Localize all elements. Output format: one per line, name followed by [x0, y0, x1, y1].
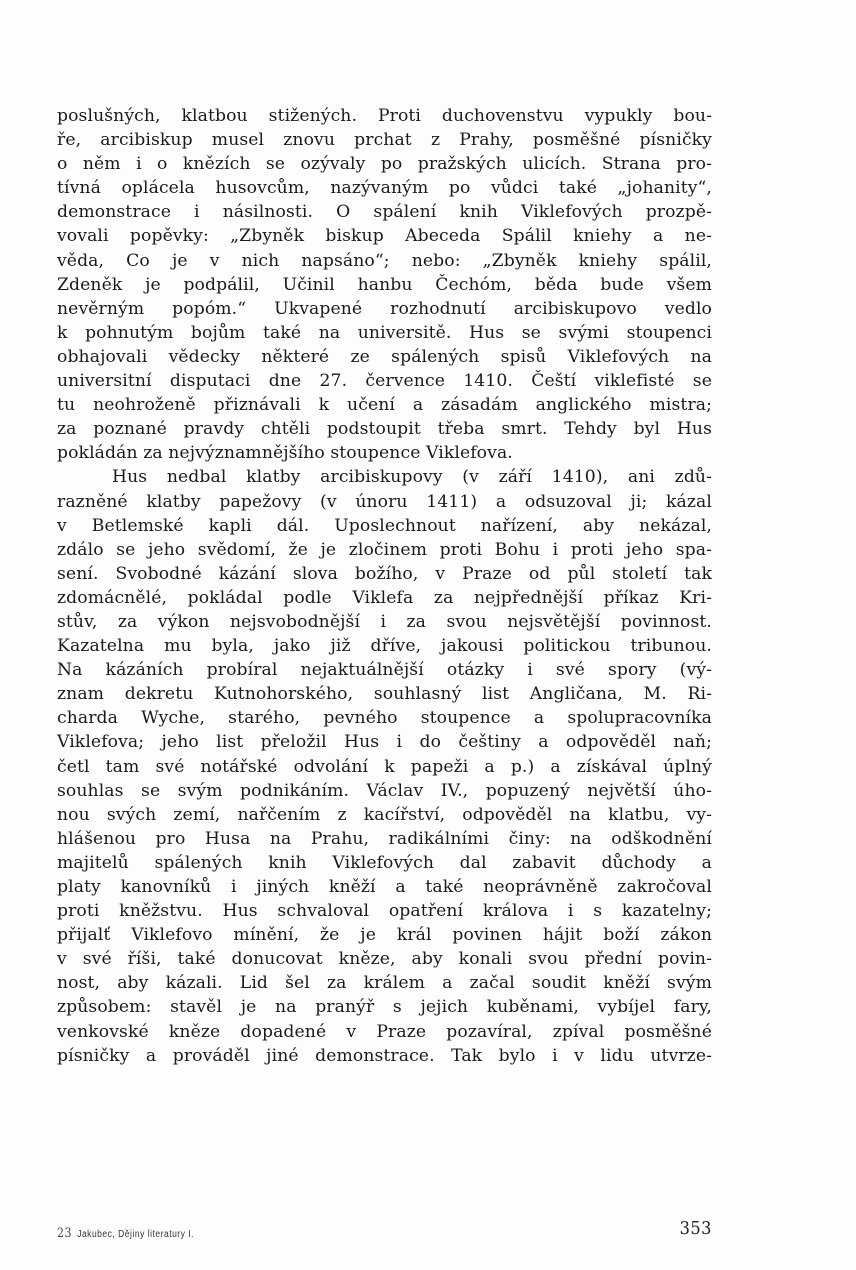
text-line: razněné klatby papežovy (v únoru 1411) a…: [57, 490, 712, 514]
text-line: tu neohroženě přiznávali k učení a zásad…: [57, 393, 712, 417]
text-line: zdomácnělé, pokládal podle Viklefa za ne…: [57, 586, 712, 610]
text-line: nou svých zemí, nařčením z kacířství, od…: [57, 803, 712, 827]
text-line: v své říši, také donucovat kněze, aby ko…: [57, 947, 712, 971]
text-line: demonstrace i násilnosti. O spálení knih…: [57, 200, 712, 224]
text-line: četl tam své notářské odvolání k papeži …: [57, 755, 712, 779]
text-line: souhlas se svým podnikáním. Václav IV., …: [57, 779, 712, 803]
text-line: zdálo se jeho svědomí, že je zločinem pr…: [57, 538, 712, 562]
text-line: poslušných, klatbou stižených. Proti duc…: [57, 104, 712, 128]
text-line: Viklefova; jeho list přeložil Hus i do č…: [57, 730, 712, 754]
text-line: pokládán za nejvýznamnějšího stoupence V…: [57, 441, 712, 465]
text-line: nevěrným popóm.“ Ukvapené rozhodnutí arc…: [57, 297, 712, 321]
page-footer: 23Jakubec, Dějiny literatury I. 353: [57, 1222, 712, 1244]
text-line: hlášenou pro Husa na Prahu, radikálními …: [57, 827, 712, 851]
text-line: ře, arcibiskup musel znovu prchat z Prah…: [57, 128, 712, 152]
text-line: stův, za výkon nejsvobodnější i za svou …: [57, 610, 712, 634]
text-line: Kazatelna mu byla, jako již dříve, jakou…: [57, 634, 712, 658]
text-line: platy kanovníků i jiných kněží a také ne…: [57, 875, 712, 899]
text-line: Na kázáních probíral nejaktuálnější otáz…: [57, 658, 712, 682]
text-line: věda, Co je v nich napsáno“; nebo: „Zbyn…: [57, 249, 712, 273]
text-line: venkovské kněze dopadené v Praze pozavír…: [57, 1020, 712, 1044]
text-line: způsobem: stavěl je na pranýř s jejich k…: [57, 995, 712, 1019]
text-line: majitelů spálených knih Viklefových dal …: [57, 851, 712, 875]
text-line: o něm i o knězích se ozývaly po pražskýc…: [57, 152, 712, 176]
text-line: znam dekretu Kutnohorského, souhlasný li…: [57, 682, 712, 706]
text-line: obhajovali vědecky některé ze spálených …: [57, 345, 712, 369]
paragraph: poslušných, klatbou stižených. Proti duc…: [57, 104, 712, 465]
text-line: tívná oplácela husovcům, nazývaným po vů…: [57, 176, 712, 200]
book-page: poslušných, klatbou stižených. Proti duc…: [0, 0, 856, 1270]
text-line: universitní disputaci dne 27. července 1…: [57, 369, 712, 393]
text-line: nost, aby kázali. Lid šel za králem a za…: [57, 971, 712, 995]
text-line: přijalť Viklefovo mínění, že je král pov…: [57, 923, 712, 947]
page-number: 353: [680, 1218, 712, 1239]
text-line: k pohnutým bojům také na universitě. Hus…: [57, 321, 712, 345]
text-line: vovali popěvky: „Zbyněk biskup Abeceda S…: [57, 224, 712, 248]
text-line: charda Wyche, starého, pevného stoupence…: [57, 706, 712, 730]
text-line: proti kněžstvu. Hus schvaloval opatření …: [57, 899, 712, 923]
printer-signature: 23Jakubec, Dějiny literatury I.: [57, 1226, 194, 1241]
text-line: Zdeněk je podpálil, Učinil hanbu Čechóm,…: [57, 273, 712, 297]
text-line: Hus nedbal klatby arcibiskupovy (v září …: [57, 465, 712, 489]
signature-text: Jakubec, Dějiny literatury I.: [77, 1229, 194, 1240]
paragraph: Hus nedbal klatby arcibiskupovy (v září …: [57, 465, 712, 1067]
text-line: sení. Svobodné kázání slova božího, v Pr…: [57, 562, 712, 586]
body-text: poslušných, klatbou stižených. Proti duc…: [57, 104, 712, 1068]
text-line: písničky a prováděl jiné demonstrace. Ta…: [57, 1044, 712, 1068]
text-line: v Betlemské kapli dál. Uposlechnout naří…: [57, 514, 712, 538]
text-line: za poznané pravdy chtěli podstoupit třeb…: [57, 417, 712, 441]
signature-number: 23: [57, 1226, 72, 1241]
